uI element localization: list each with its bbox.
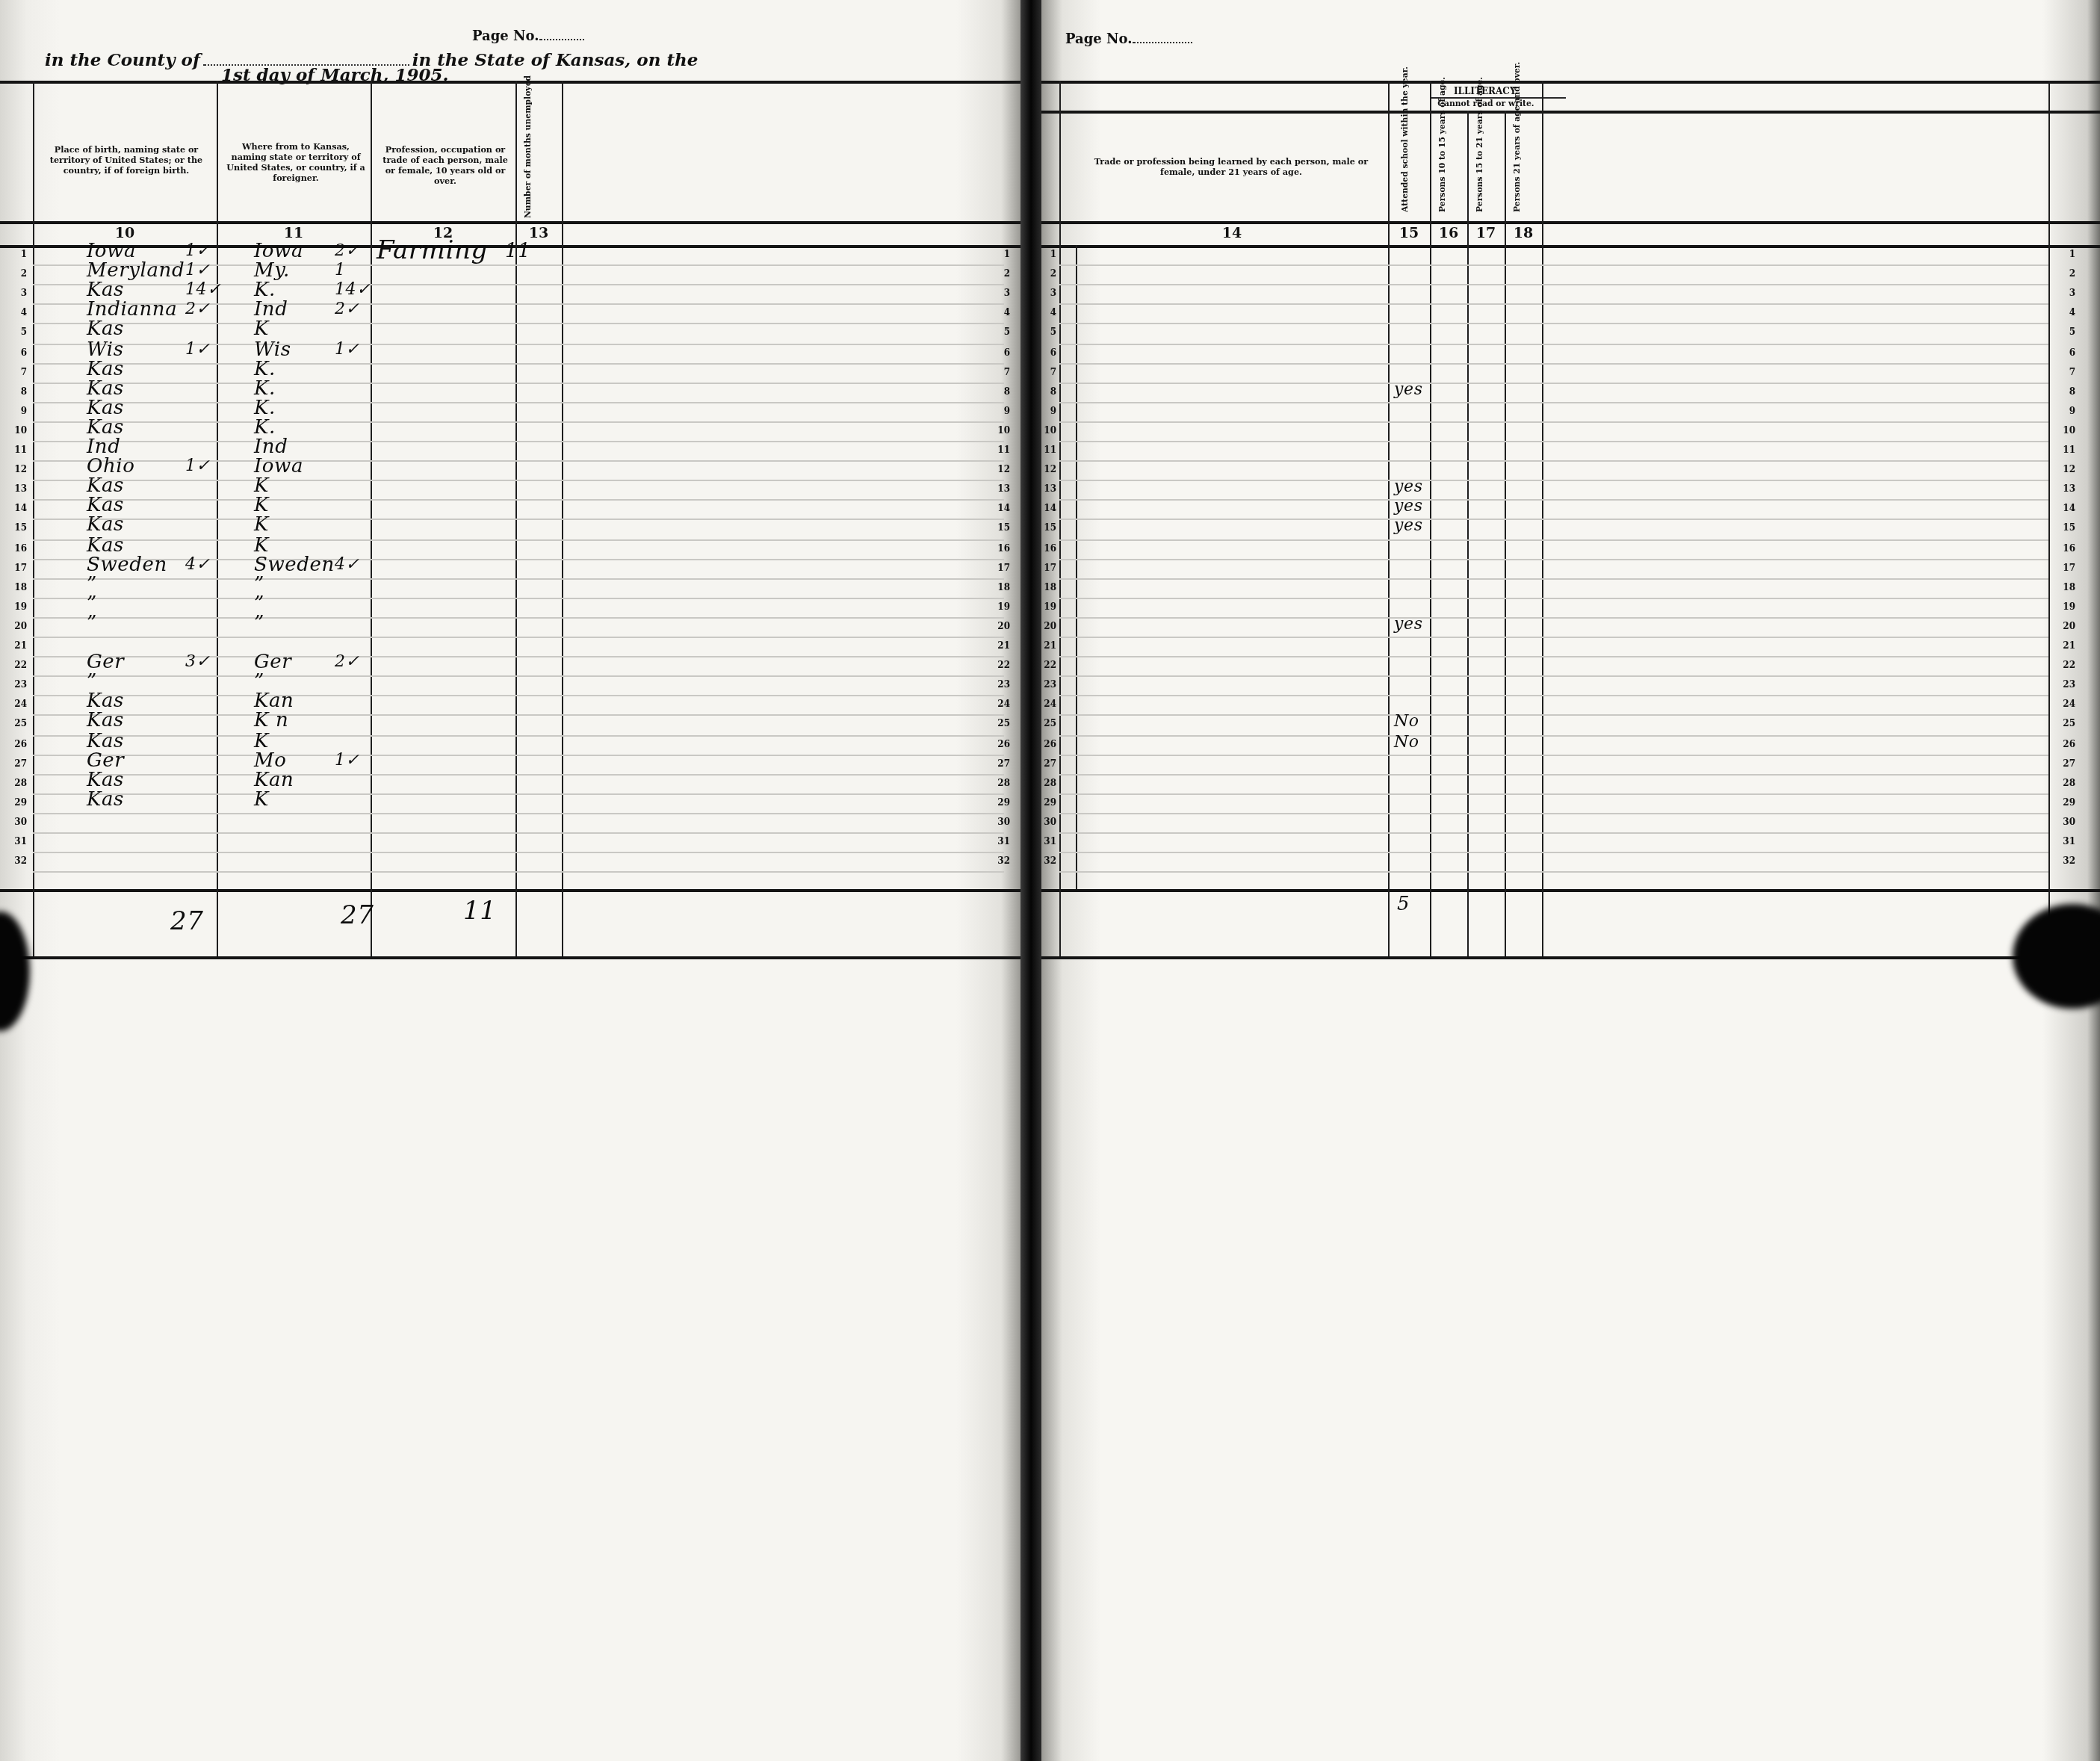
row-rule bbox=[33, 362, 1004, 364]
row-rule bbox=[1059, 598, 2048, 599]
row-rule bbox=[33, 304, 1004, 306]
row-number: 1 bbox=[6, 250, 27, 260]
row-rule bbox=[1059, 382, 2048, 383]
row-number: 13 bbox=[1041, 484, 1056, 495]
row-number: 8 bbox=[6, 386, 27, 397]
row-rule bbox=[1059, 696, 2048, 697]
column-13-header: Number of months unemployed bbox=[524, 140, 534, 218]
row-number: 15 bbox=[1041, 524, 1056, 534]
row-number: 19 bbox=[989, 602, 1010, 613]
row-rule bbox=[1059, 460, 2048, 462]
row-number: 11 bbox=[2054, 445, 2075, 456]
row-number: 17 bbox=[989, 563, 1010, 573]
from-mark: 2✓ bbox=[335, 300, 360, 319]
from-cell: K bbox=[254, 789, 269, 811]
row-number: 15 bbox=[989, 524, 1010, 534]
row-number: 14 bbox=[2054, 504, 2075, 515]
row-number: 30 bbox=[2054, 817, 2075, 828]
row-rule bbox=[33, 519, 1004, 521]
row-number: 10 bbox=[989, 426, 1010, 436]
row-number: 1 bbox=[1041, 250, 1056, 260]
row-number: 20 bbox=[2054, 622, 2075, 632]
row-number: 17 bbox=[1041, 563, 1056, 573]
row-number: 1 bbox=[2054, 250, 2075, 260]
row-rule bbox=[1059, 675, 2048, 677]
row-number: 8 bbox=[1041, 386, 1056, 397]
row-number: 31 bbox=[2054, 837, 2075, 847]
row-number: 28 bbox=[2054, 778, 2075, 788]
row-number: 24 bbox=[6, 700, 27, 711]
row-number: 9 bbox=[2054, 406, 2075, 417]
row-number: 4 bbox=[989, 309, 1010, 319]
row-rule bbox=[1059, 578, 2048, 579]
row-rule bbox=[33, 578, 1004, 579]
from-mark: 4✓ bbox=[335, 554, 360, 573]
row-rule bbox=[1059, 284, 2048, 285]
row-number: 16 bbox=[989, 543, 1010, 554]
row-rule bbox=[33, 617, 1004, 619]
row-rule bbox=[1059, 519, 2048, 521]
row-number: 12 bbox=[1041, 465, 1056, 475]
column-18-number: 18 bbox=[1505, 226, 1542, 242]
row-number: 16 bbox=[6, 543, 27, 554]
row-number: 13 bbox=[2054, 484, 2075, 495]
row-number: 26 bbox=[989, 739, 1010, 749]
row-rule bbox=[33, 441, 1004, 442]
row-number: 9 bbox=[1041, 406, 1056, 417]
row-rule bbox=[1059, 793, 2048, 795]
school-attendance-cell: yes bbox=[1394, 516, 1423, 536]
total-col10: 27 bbox=[170, 907, 203, 937]
row-number: 22 bbox=[2054, 660, 2075, 671]
birthplace-cell: Kas bbox=[87, 789, 124, 811]
row-number: 18 bbox=[1041, 582, 1056, 592]
row-number: 24 bbox=[989, 700, 1010, 711]
row-number: 21 bbox=[2054, 641, 2075, 652]
column-15-number: 15 bbox=[1388, 226, 1430, 242]
row-rule bbox=[1059, 558, 2048, 560]
column-11-number: 11 bbox=[217, 226, 371, 242]
row-rule bbox=[33, 773, 1004, 775]
row-number: 8 bbox=[989, 386, 1010, 397]
row-rule bbox=[1059, 402, 2048, 403]
row-number: 28 bbox=[1041, 778, 1056, 788]
row-number: 7 bbox=[2054, 367, 2075, 377]
row-rule bbox=[1059, 871, 2048, 873]
row-number: 26 bbox=[6, 739, 27, 749]
column-10-number: 10 bbox=[33, 226, 217, 242]
row-number: 18 bbox=[989, 582, 1010, 592]
column-12-header: Profession, occupation or trade of each … bbox=[380, 146, 511, 188]
row-number: 10 bbox=[1041, 426, 1056, 436]
row-number: 22 bbox=[6, 660, 27, 671]
birthplace-mark: 2✓ bbox=[185, 300, 211, 319]
row-number: 25 bbox=[1041, 719, 1056, 730]
row-rule bbox=[33, 598, 1004, 599]
school-attendance-cell: yes bbox=[1394, 497, 1423, 516]
row-rule bbox=[33, 284, 1004, 285]
row-number: 11 bbox=[989, 445, 1010, 456]
thumb-shadow bbox=[2013, 904, 2100, 1009]
row-number: 23 bbox=[6, 680, 27, 690]
school-attendance-cell: yes bbox=[1394, 477, 1423, 496]
school-attendance-cell: yes bbox=[1394, 379, 1423, 398]
months-unemployed-cell: 11 bbox=[505, 241, 530, 263]
birthplace-mark: 14✓ bbox=[185, 279, 221, 299]
occupation-cell: Farming bbox=[377, 236, 488, 266]
birthplace-mark: 1✓ bbox=[185, 260, 211, 279]
row-rule bbox=[1059, 656, 2048, 657]
row-number: 23 bbox=[989, 680, 1010, 690]
row-number: 4 bbox=[1041, 309, 1056, 319]
row-number: 28 bbox=[989, 778, 1010, 788]
row-number: 25 bbox=[6, 719, 27, 730]
row-rule bbox=[1059, 734, 2048, 736]
row-number: 5 bbox=[989, 328, 1010, 338]
row-rule bbox=[33, 715, 1004, 717]
row-number: 29 bbox=[6, 798, 27, 808]
row-number: 10 bbox=[6, 426, 27, 436]
row-rule bbox=[1059, 500, 2048, 501]
from-mark: 1✓ bbox=[335, 749, 360, 769]
row-number: 16 bbox=[2054, 543, 2075, 554]
row-number: 20 bbox=[1041, 622, 1056, 632]
row-number: 21 bbox=[6, 641, 27, 652]
row-rule bbox=[33, 382, 1004, 383]
school-attendance-cell: yes bbox=[1394, 614, 1423, 634]
row-number: 8 bbox=[2054, 386, 2075, 397]
row-rule bbox=[33, 421, 1004, 423]
row-rule bbox=[1059, 304, 2048, 306]
row-number: 27 bbox=[2054, 758, 2075, 769]
birthplace-mark: 4✓ bbox=[185, 554, 211, 573]
census-ledger-spread: Page No. in the County ofin the State of… bbox=[0, 0, 2100, 1761]
row-number: 23 bbox=[2054, 680, 2075, 690]
row-number: 15 bbox=[6, 524, 27, 534]
row-number: 19 bbox=[2054, 602, 2075, 613]
row-number: 6 bbox=[2054, 347, 2075, 358]
row-number: 31 bbox=[989, 837, 1010, 847]
column-14-number: 14 bbox=[1076, 226, 1388, 242]
row-number: 3 bbox=[989, 288, 1010, 299]
column-17-header: Persons 15 to 21 years of age. bbox=[1476, 123, 1486, 212]
row-number: 17 bbox=[2054, 563, 2075, 573]
row-number: 11 bbox=[6, 445, 27, 456]
row-number: 24 bbox=[2054, 700, 2075, 711]
row-rule bbox=[33, 460, 1004, 462]
row-rule bbox=[33, 871, 1004, 873]
row-rule bbox=[1059, 421, 2048, 423]
row-rule bbox=[33, 539, 1004, 540]
row-number: 18 bbox=[6, 582, 27, 592]
row-rule bbox=[33, 754, 1004, 755]
row-rule bbox=[33, 656, 1004, 657]
row-rule bbox=[1059, 324, 2048, 325]
row-number: 3 bbox=[2054, 288, 2075, 299]
row-number: 31 bbox=[6, 837, 27, 847]
row-number: 6 bbox=[989, 347, 1010, 358]
row-rule bbox=[1059, 441, 2048, 442]
row-number: 6 bbox=[6, 347, 27, 358]
column-11-header: Where from to Kansas, naming state or te… bbox=[224, 143, 368, 185]
row-number: 32 bbox=[989, 856, 1010, 867]
from-mark: 1 bbox=[335, 260, 346, 279]
row-rule bbox=[33, 558, 1004, 560]
page-number-label: Page No. bbox=[472, 30, 583, 45]
column-16-number: 16 bbox=[1430, 226, 1467, 242]
row-number: 29 bbox=[989, 798, 1010, 808]
birthplace-mark: 1✓ bbox=[185, 338, 211, 358]
row-number: 3 bbox=[6, 288, 27, 299]
row-rule bbox=[1059, 343, 2048, 344]
school-attendance-cell: No bbox=[1394, 731, 1419, 751]
column-13-number: 13 bbox=[515, 226, 562, 242]
row-number: 28 bbox=[6, 778, 27, 788]
row-rule bbox=[33, 324, 1004, 325]
row-rule bbox=[33, 832, 1004, 834]
column-10-header: Place of birth, naming state or territor… bbox=[39, 146, 214, 178]
column-16-header: Persons 10 to 15 years of age. bbox=[1439, 123, 1449, 212]
from-mark: 14✓ bbox=[335, 279, 371, 299]
row-number: 3 bbox=[1041, 288, 1056, 299]
row-number: 30 bbox=[6, 817, 27, 828]
row-rule bbox=[33, 500, 1004, 501]
row-number: 14 bbox=[1041, 504, 1056, 515]
book-spine bbox=[1020, 0, 1041, 1761]
row-rule bbox=[33, 637, 1004, 638]
row-number: 26 bbox=[2054, 739, 2075, 749]
row-rule bbox=[1059, 754, 2048, 755]
row-number: 2 bbox=[1041, 269, 1056, 279]
total-col15: 5 bbox=[1397, 894, 1410, 916]
row-rule bbox=[1059, 637, 2048, 638]
total-col11: 27 bbox=[341, 901, 374, 931]
thumb-shadow bbox=[0, 912, 30, 1031]
row-rule bbox=[1059, 852, 2048, 853]
row-rule bbox=[1059, 832, 2048, 834]
row-number: 22 bbox=[989, 660, 1010, 671]
row-number: 2 bbox=[2054, 269, 2075, 279]
row-number: 22 bbox=[1041, 660, 1056, 671]
row-number: 29 bbox=[2054, 798, 2075, 808]
from-mark: 2✓ bbox=[335, 241, 360, 260]
row-number: 12 bbox=[6, 465, 27, 475]
row-number: 7 bbox=[1041, 367, 1056, 377]
row-rule bbox=[1059, 539, 2048, 540]
page-number-label: Page No. bbox=[1065, 33, 1192, 48]
row-number: 11 bbox=[1041, 445, 1056, 456]
birthplace-mark: 1✓ bbox=[185, 241, 211, 260]
row-number: 13 bbox=[989, 484, 1010, 495]
row-number: 5 bbox=[1041, 328, 1056, 338]
row-number: 12 bbox=[2054, 465, 2075, 475]
row-number: 6 bbox=[1041, 347, 1056, 358]
row-number: 32 bbox=[1041, 856, 1056, 867]
column-14-header: Trade or profession being learned by eac… bbox=[1077, 158, 1385, 179]
row-rule bbox=[33, 852, 1004, 853]
row-number: 2 bbox=[6, 269, 27, 279]
from-mark: 1✓ bbox=[335, 338, 360, 358]
row-number: 16 bbox=[1041, 543, 1056, 554]
row-number: 20 bbox=[989, 622, 1010, 632]
row-number: 5 bbox=[6, 328, 27, 338]
row-number: 7 bbox=[6, 367, 27, 377]
row-number: 2 bbox=[989, 269, 1010, 279]
birthplace-cell: Sweden bbox=[87, 554, 167, 576]
birthplace-cell: ” bbox=[87, 613, 97, 635]
row-number: 15 bbox=[2054, 524, 2075, 534]
column-15-header: Attended school within the year. bbox=[1401, 123, 1411, 212]
row-number: 4 bbox=[2054, 309, 2075, 319]
row-number: 29 bbox=[1041, 798, 1056, 808]
row-rule bbox=[1059, 264, 2048, 266]
row-number: 25 bbox=[989, 719, 1010, 730]
row-rule bbox=[33, 480, 1004, 481]
right-page: Page No. ILLITERACY. Cannot read or writ… bbox=[1041, 0, 2100, 1761]
school-attendance-cell: No bbox=[1394, 712, 1419, 731]
row-rule bbox=[33, 402, 1004, 403]
row-number: 26 bbox=[1041, 739, 1056, 749]
row-rule bbox=[1059, 480, 2048, 481]
row-number: 5 bbox=[2054, 328, 2075, 338]
row-number: 13 bbox=[6, 484, 27, 495]
row-rule bbox=[1059, 362, 2048, 364]
row-number: 12 bbox=[989, 465, 1010, 475]
row-rule bbox=[1059, 773, 2048, 775]
left-page: Page No. in the County ofin the State of… bbox=[0, 0, 1020, 1761]
birthplace-mark: 3✓ bbox=[185, 652, 211, 671]
row-number: 27 bbox=[6, 758, 27, 769]
row-number: 1 bbox=[989, 250, 1010, 260]
from-cell: ” bbox=[254, 613, 264, 635]
row-number: 23 bbox=[1041, 680, 1056, 690]
row-number: 19 bbox=[6, 602, 27, 613]
row-number: 18 bbox=[2054, 582, 2075, 592]
column-18-header: Persons 21 years of age and over. bbox=[1514, 123, 1523, 212]
row-rule bbox=[1059, 715, 2048, 717]
row-rule bbox=[33, 696, 1004, 697]
row-number: 27 bbox=[989, 758, 1010, 769]
row-rule bbox=[33, 793, 1004, 795]
row-number: 19 bbox=[1041, 602, 1056, 613]
total-col12: 11 bbox=[463, 897, 496, 926]
row-rule bbox=[33, 675, 1004, 677]
row-number: 27 bbox=[1041, 758, 1056, 769]
row-rule bbox=[1059, 617, 2048, 619]
row-number: 21 bbox=[989, 641, 1010, 652]
row-rule bbox=[33, 813, 1004, 814]
row-number: 9 bbox=[6, 406, 27, 417]
row-number: 4 bbox=[6, 309, 27, 319]
row-number: 17 bbox=[6, 563, 27, 573]
row-rule bbox=[1059, 813, 2048, 814]
row-number: 31 bbox=[1041, 837, 1056, 847]
from-cell: Sweden bbox=[254, 554, 335, 576]
row-number: 25 bbox=[2054, 719, 2075, 730]
from-mark: 2✓ bbox=[335, 652, 360, 671]
row-number: 24 bbox=[1041, 700, 1056, 711]
row-number: 30 bbox=[1041, 817, 1056, 828]
row-number: 9 bbox=[989, 406, 1010, 417]
row-number: 20 bbox=[6, 622, 27, 632]
row-number: 14 bbox=[989, 504, 1010, 515]
row-number: 10 bbox=[2054, 426, 2075, 436]
row-rule bbox=[33, 734, 1004, 736]
column-17-number: 17 bbox=[1467, 226, 1505, 242]
row-number: 14 bbox=[6, 504, 27, 515]
row-number: 32 bbox=[2054, 856, 2075, 867]
birthplace-mark: 1✓ bbox=[185, 456, 211, 475]
row-number: 30 bbox=[989, 817, 1010, 828]
row-number: 21 bbox=[1041, 641, 1056, 652]
row-rule bbox=[33, 343, 1004, 344]
row-number: 32 bbox=[6, 856, 27, 867]
row-number: 7 bbox=[989, 367, 1010, 377]
